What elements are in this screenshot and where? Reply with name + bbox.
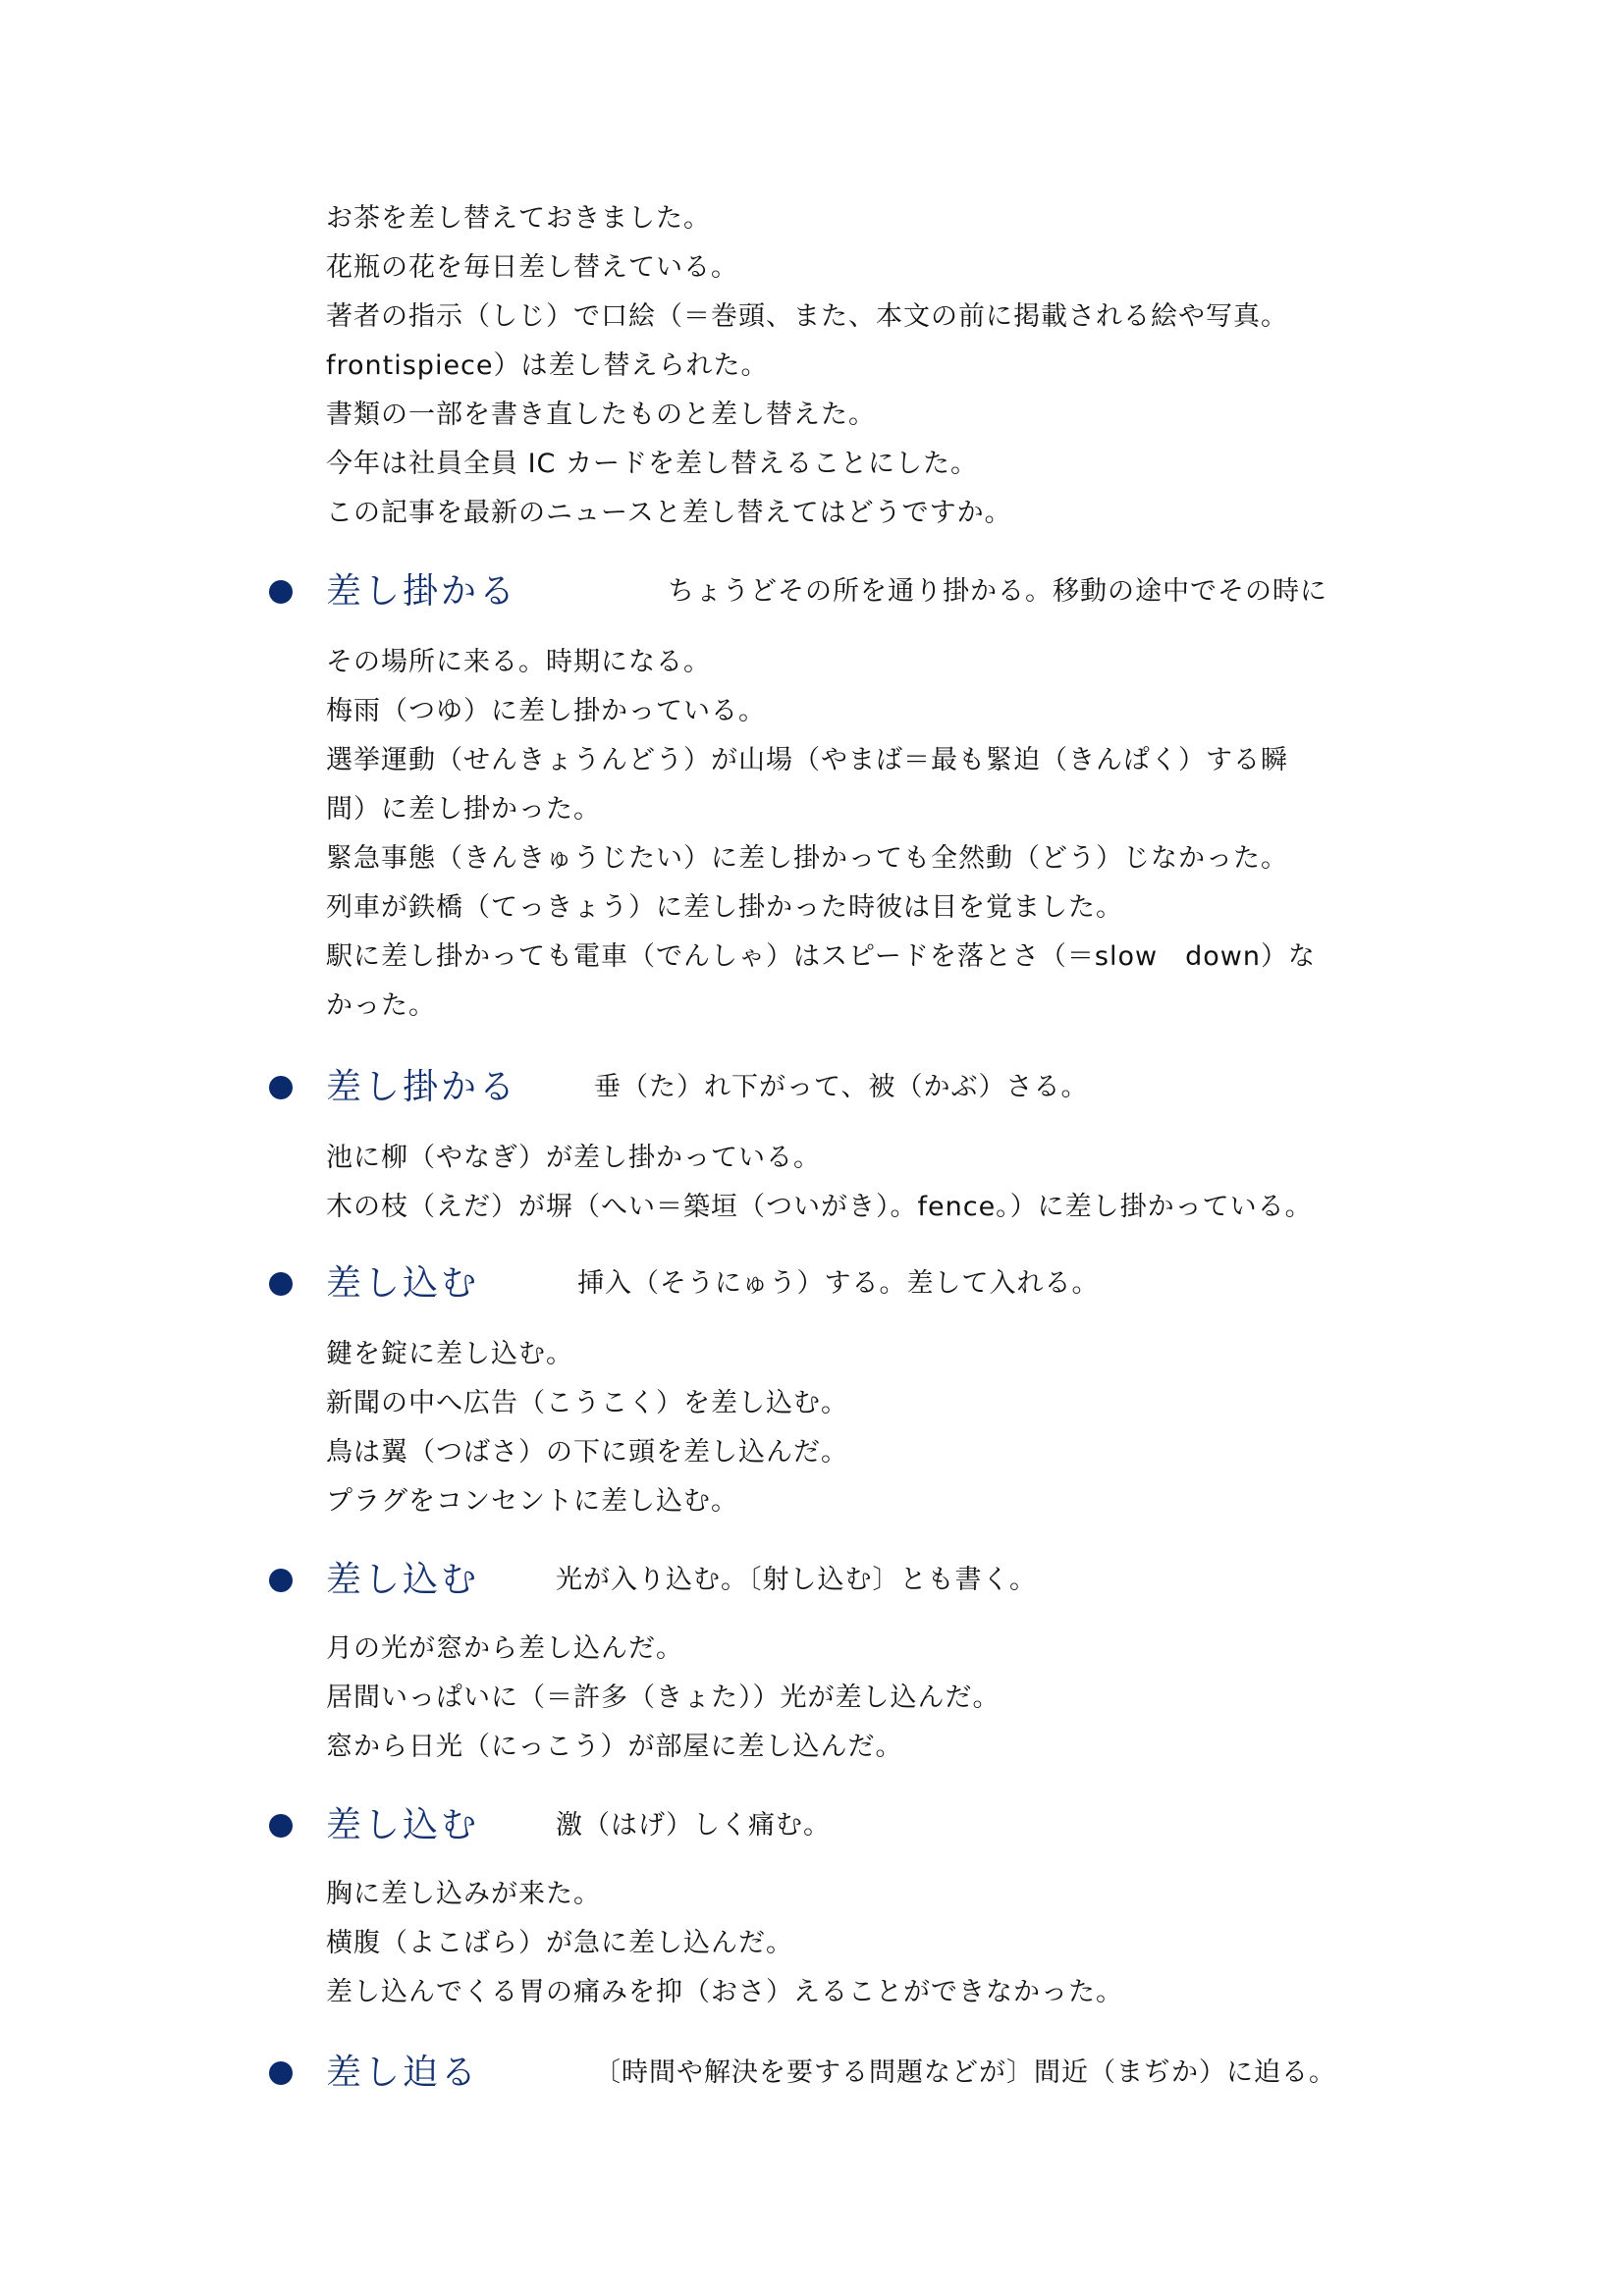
example-line: 梅雨（つゆ）に差し掛かっている。: [326, 692, 766, 731]
entry-definition: ちょうどその所を通り掛かる。移動の途中でその時に: [668, 572, 1327, 612]
example-line: 鍵を錠に差し込む。: [326, 1335, 573, 1374]
entry-term: 差し込む: [326, 1255, 479, 1313]
entry-definition: 光が入り込む。〔射し込む〕とも書く。: [556, 1561, 1037, 1600]
example-line: 列車が鉄橋（てっきょう）に差し掛かった時彼は目を覚ました。: [326, 888, 1123, 928]
example-line: プラグをコンセントに差し込む。: [326, 1482, 738, 1522]
example-line: 月の光が窓から差し込んだ。: [326, 1629, 683, 1669]
example-line: 選挙運動（せんきょうんどう）が山場（やまば＝最も緊迫（きんぱく）する瞬: [326, 741, 1288, 780]
example-line: 書類の一部を書き直したものと差し替えた。: [326, 396, 876, 435]
entry-definition: 垂（た）れ下がって、被（かぶ）さる。: [594, 1068, 1088, 1107]
example-line: 胸に差し込みが来た。: [326, 1875, 601, 1914]
example-line: 差し込んでくる胃の痛みを抑（おさ）えることができなかった。: [326, 1973, 1123, 2012]
example-line: 鳥は翼（つばさ）の下に頭を差し込んだ。: [326, 1433, 848, 1472]
bullet-icon: [269, 1272, 293, 1296]
entry-term: 差し込む: [326, 1551, 479, 1610]
document-page: お茶を差し替えておきました。 花瓶の花を毎日差し替えている。 著者の指示（しじ）…: [0, 0, 1624, 2296]
entry-term: 差し掛かる: [326, 562, 517, 621]
example-line: かった。: [326, 987, 436, 1026]
bullet-icon: [269, 1814, 293, 1838]
example-line: 居間いっぱいに（＝許多（きょた））光が差し込んだ。: [326, 1679, 1001, 1718]
entry-heading: 差し込む 激（はげ）しく痛む。: [265, 1796, 1443, 1855]
entry-heading: 差し迫る 〔時間や解決を要する問題などが〕間近（まぢか）に迫る。: [265, 2044, 1443, 2103]
entry-heading: 差し掛かる 垂（た）れ下がって、被（かぶ）さる。: [265, 1058, 1443, 1117]
bullet-icon: [269, 1569, 293, 1592]
example-line: 花瓶の花を毎日差し替えている。: [326, 248, 738, 288]
example-line: 池に柳（やなぎ）が差し掛かっている。: [326, 1139, 821, 1178]
example-line: 木の枝（えだ）が塀（へい＝築垣（ついがき）。fence。）に差し掛かっている。: [326, 1188, 1313, 1227]
bullet-icon: [269, 580, 293, 604]
entry-definition: 挿入（そうにゅう）する。差して入れる。: [577, 1264, 1099, 1304]
entry-term: 差し込む: [326, 1796, 479, 1855]
entry-term: 差し迫る: [326, 2044, 479, 2103]
entry-heading: 差し込む 光が入り込む。〔射し込む〕とも書く。: [265, 1551, 1443, 1610]
example-line: frontispiece）は差し替えられた。: [326, 347, 769, 386]
bullet-icon: [269, 2061, 293, 2085]
example-line: お茶を差し替えておきました。: [326, 199, 711, 239]
entry-heading: 差し掛かる ちょうどその所を通り掛かる。移動の途中でその時に: [265, 562, 1443, 621]
example-line: 今年は社員全員 IC カードを差し替えることにした。: [326, 445, 978, 484]
example-line: その場所に来る。時期になる。: [326, 643, 711, 682]
entry-definition: 〔時間や解決を要する問題などが〕間近（まぢか）に迫る。: [594, 2054, 1336, 2093]
entry-term: 差し掛かる: [326, 1058, 517, 1117]
example-line: 窓から日光（にっこう）が部屋に差し込んだ。: [326, 1728, 902, 1767]
example-line: 横腹（よこばら）が急に差し込んだ。: [326, 1924, 793, 1963]
example-line: 緊急事態（きんきゅうじたい）に差し掛かっても全然動（どう）じなかった。: [326, 839, 1288, 879]
example-line: 新聞の中へ広告（こうこく）を差し込む。: [326, 1384, 848, 1423]
example-line: 著者の指示（しじ）で口絵（＝巻頭、また、本文の前に掲載される絵や写真。: [326, 297, 1288, 337]
example-line: この記事を最新のニュースと差し替えてはどうですか。: [326, 494, 1012, 533]
example-line: 駅に差し掛かっても電車（でんしゃ）はスピードを落とさ（＝slow down）な: [326, 937, 1316, 977]
entry-heading: 差し込む 挿入（そうにゅう）する。差して入れる。: [265, 1255, 1443, 1313]
entry-definition: 激（はげ）しく痛む。: [556, 1806, 831, 1845]
bullet-icon: [269, 1076, 293, 1099]
example-line: 間）に差し掛かった。: [326, 790, 601, 829]
